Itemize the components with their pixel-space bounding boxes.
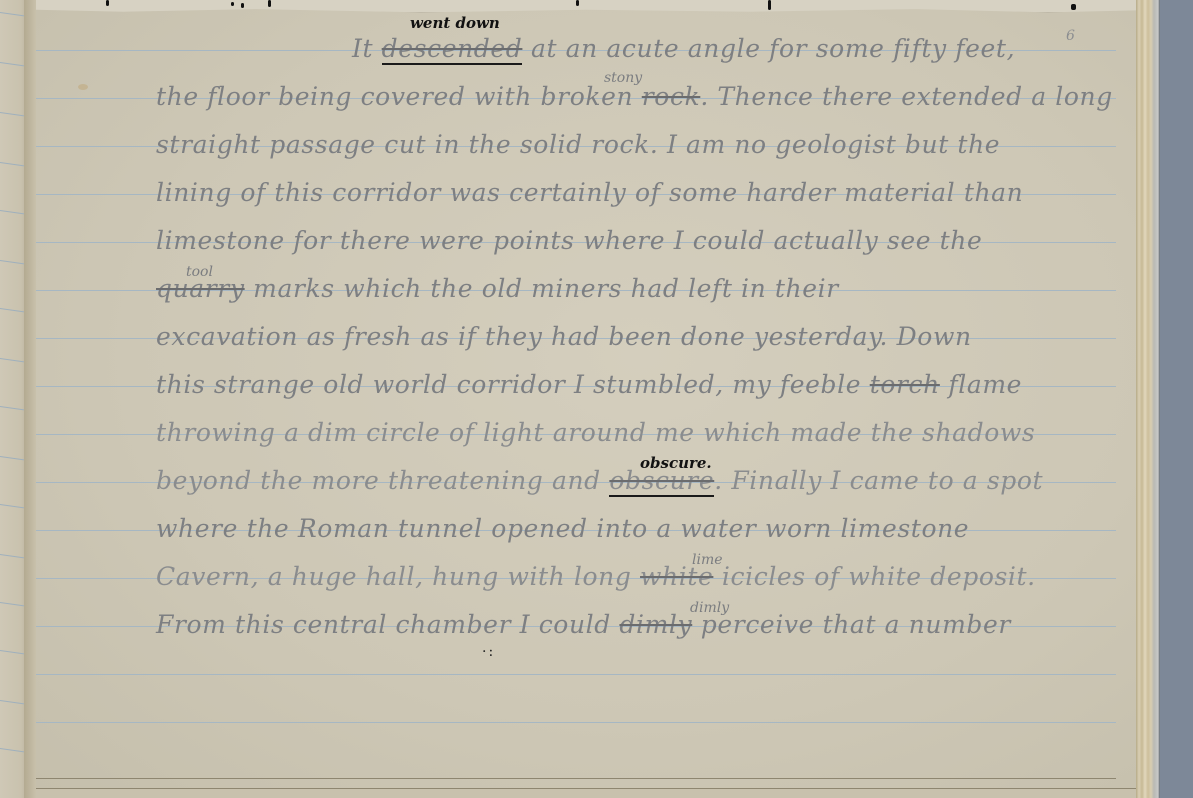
editorial-insertion: went down (410, 14, 500, 32)
line-text: From this central chamber I could (156, 610, 619, 639)
manuscript-line-13: From this central chamber I could dimly … (156, 610, 1011, 639)
line-text: straight passage cut in the solid rock. … (156, 130, 1000, 159)
manuscript-line-9: throwing a dim circle of light around me… (156, 418, 1035, 447)
line-text: icicles of white deposit. (713, 562, 1035, 591)
line-text: the floor being covered with broken (156, 82, 642, 111)
pencil-insertion: tool (186, 264, 213, 280)
manuscript-line-11: where the Roman tunnel opened into a wat… (156, 514, 969, 543)
line-text: limestone for there were points where I … (156, 226, 982, 255)
ink-dots: ·: (482, 644, 495, 660)
struck-word: descended (382, 34, 523, 65)
line-text: . Thence there extended a long (700, 82, 1113, 111)
editorial-insertion: obscure. (640, 454, 712, 472)
line-text: flame (940, 370, 1022, 399)
line-text: where the Roman tunnel opened into a wat… (156, 514, 969, 543)
line-text: at an acute angle for some fifty feet, (522, 34, 1015, 63)
manuscript-scan: It descended at an acute angle for some … (0, 0, 1193, 798)
manuscript-line-3: straight passage cut in the solid rock. … (156, 130, 1000, 159)
manuscript-line-2: the floor being covered with broken rock… (156, 82, 1113, 111)
page-edges-stack (1136, 0, 1160, 798)
line-text: perceive that a number (692, 610, 1011, 639)
line-text: lining of this corridor was certainly of… (156, 178, 1023, 207)
torn-top-strip (36, 0, 1136, 13)
manuscript-line-1: It descended at an acute angle for some … (352, 34, 1015, 63)
line-text: beyond the more threatening and (156, 466, 609, 495)
line-text: Cavern, a huge hall, hung with long (156, 562, 640, 591)
line-text: excavation as fresh as if they had been … (156, 322, 972, 351)
line-text: throwing a dim circle of light around me… (156, 418, 1035, 447)
notebook-page: It descended at an acute angle for some … (36, 0, 1136, 790)
line-text: . Finally I came to a spot (714, 466, 1043, 495)
manuscript-line-10: beyond the more threatening and obscure.… (156, 466, 1043, 495)
page-bottom-edge (36, 788, 1136, 798)
pencil-insertion: stony (604, 70, 642, 86)
manuscript-line-6: quarry marks which the old miners had le… (156, 274, 839, 303)
line-text: this strange old world corridor I stumbl… (156, 370, 870, 399)
folio-number: 6 (1066, 28, 1075, 44)
pencil-insertion: lime (692, 552, 723, 568)
struck-word: rock (642, 82, 701, 111)
manuscript-line-8: this strange old world corridor I stumbl… (156, 370, 1022, 399)
manuscript-line-4: lining of this corridor was certainly of… (156, 178, 1023, 207)
pencil-insertion: dimly (690, 600, 729, 616)
manuscript-line-5: limestone for there were points where I … (156, 226, 982, 255)
paper-stain (78, 84, 88, 90)
struck-word: dimly (619, 610, 692, 639)
manuscript-line-12: Cavern, a huge hall, hung with long whit… (156, 562, 1036, 591)
scan-backdrop (1160, 0, 1193, 798)
line-text: marks which the old miners had left in t… (245, 274, 839, 303)
struck-word: torch (870, 370, 940, 399)
line-text: It (352, 34, 382, 63)
manuscript-line-7: excavation as fresh as if they had been … (156, 322, 972, 351)
